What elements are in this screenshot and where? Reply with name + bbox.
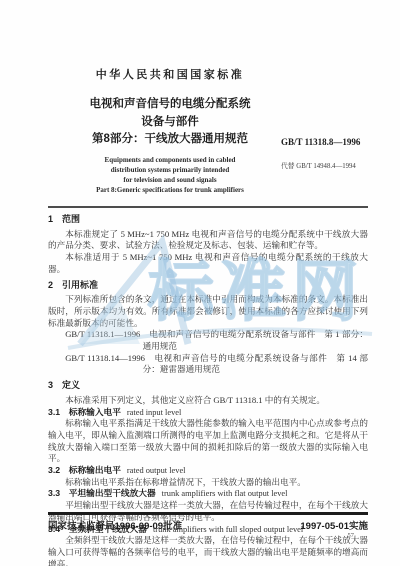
title-en-line-2: distribution systems primarily intended (48, 165, 292, 175)
title-zh-line-2: 设备与部件 (48, 114, 292, 132)
implementation-date: 1997-05-01实施 (300, 518, 368, 532)
header-right-column: GB/T 11318.8—1996 代替 GB/T 14948.4—1994 (281, 137, 373, 170)
clause-3-1-heading: 3.1 标称输入电平rated input level (48, 407, 368, 419)
definitions-intro-paragraph: 本标准采用下列定义，其他定义应符合 GB/T 11318.1 中的有关规定。 (48, 395, 368, 407)
clause-3-2-definition: 标称输出电平系指在标称增益情况下，干线放大器的输出电平。 (48, 477, 368, 489)
standard-document-page: 中华人民共和国国家标准 电视和声音信号的电缆分配系统 设备与部件 第8部分：干线… (0, 0, 400, 566)
section-heading-3-definitions: 3 定义 (48, 380, 368, 392)
header-left-column: 中华人民共和国国家标准 电视和声音信号的电缆分配系统 设备与部件 第8部分：干线… (48, 66, 292, 195)
clause-3-2-term-zh: 3.2 标称输出电平 (48, 465, 121, 475)
reference-entry-1: GB/T 11318.1—1996 电视和声音信号的电缆分配系统设备与部件 第 … (48, 329, 368, 352)
standard-number: GB/T 11318.8—1996 (281, 137, 373, 147)
section-heading-1-scope: 1 范围 (48, 214, 368, 226)
clause-3-2-term-en: rated output level (127, 466, 186, 475)
clause-3-1-definition: 标称输入电平系指满足干线放大器性能参数的输入电平范围内中心点或参考点的输入电平，… (48, 418, 368, 465)
scope-paragraph-1: 本标准规定了 5 MHz~1 750 MHz 电视和声音信号的电缆分配系统中干线… (48, 229, 368, 252)
standard-type-label: 中华人民共和国国家标准 (48, 66, 292, 82)
title-zh-line-3: 第8部分：干线放大器通用规范 (48, 131, 292, 149)
clause-3-4-definition: 全频斜型干线放大器是这样一类放大器，在信号传输过程中，在每个干线放大器输入口可获… (48, 535, 368, 566)
clause-3-1-term-zh: 3.1 标称输入电平 (48, 407, 121, 417)
title-zh-line-1: 电视和声音信号的电缆分配系统 (48, 96, 292, 114)
clause-3-1-term-en: rated input level (127, 408, 181, 417)
title-chinese: 电视和声音信号的电缆分配系统 设备与部件 第8部分：干线放大器通用规范 (48, 96, 292, 149)
title-english: Equipments and components used in cabled… (48, 155, 292, 195)
clause-3-3-heading: 3.3 平坦输出型干线放大器trunk amplifiers with flat… (48, 488, 368, 500)
clause-3-3-term-zh: 3.3 平坦输出型干线放大器 (48, 488, 156, 498)
replaces-note: 代替 GB/T 14948.4—1994 (281, 160, 373, 170)
title-en-line-1: Equipments and components used in cabled (48, 155, 292, 165)
clause-3-2-heading: 3.2 标称输出电平rated output level (48, 465, 368, 477)
section-heading-2-references: 2 引用标准 (48, 280, 368, 292)
approval-authority-date: 国家技术监督局1996-09-09批准 (48, 518, 182, 532)
references-paragraph: 下列标准所包含的条文，通过在本标准中引用而构成为本标准的条文。本标准出版时，所示… (48, 294, 368, 329)
title-en-line-3: for television and sound signals (48, 175, 292, 185)
clause-3-3-term-en: trunk amplifiers with flat output level (162, 489, 288, 498)
title-en-line-4: Part 8:Generic specifications for trunk … (48, 185, 292, 195)
reference-entry-2: GB/T 11318.14—1996 电视和声音信号的电缆分配系统设备与部件 第… (48, 353, 368, 376)
header-divider-rule (48, 206, 368, 208)
footer-divider-rule (48, 512, 368, 515)
scope-paragraph-2: 本标准适用于 5 MHz~1 750 MHz 电视和声音信号的电缆分配系统的干线… (48, 252, 368, 275)
page-number: 57 (348, 532, 355, 539)
